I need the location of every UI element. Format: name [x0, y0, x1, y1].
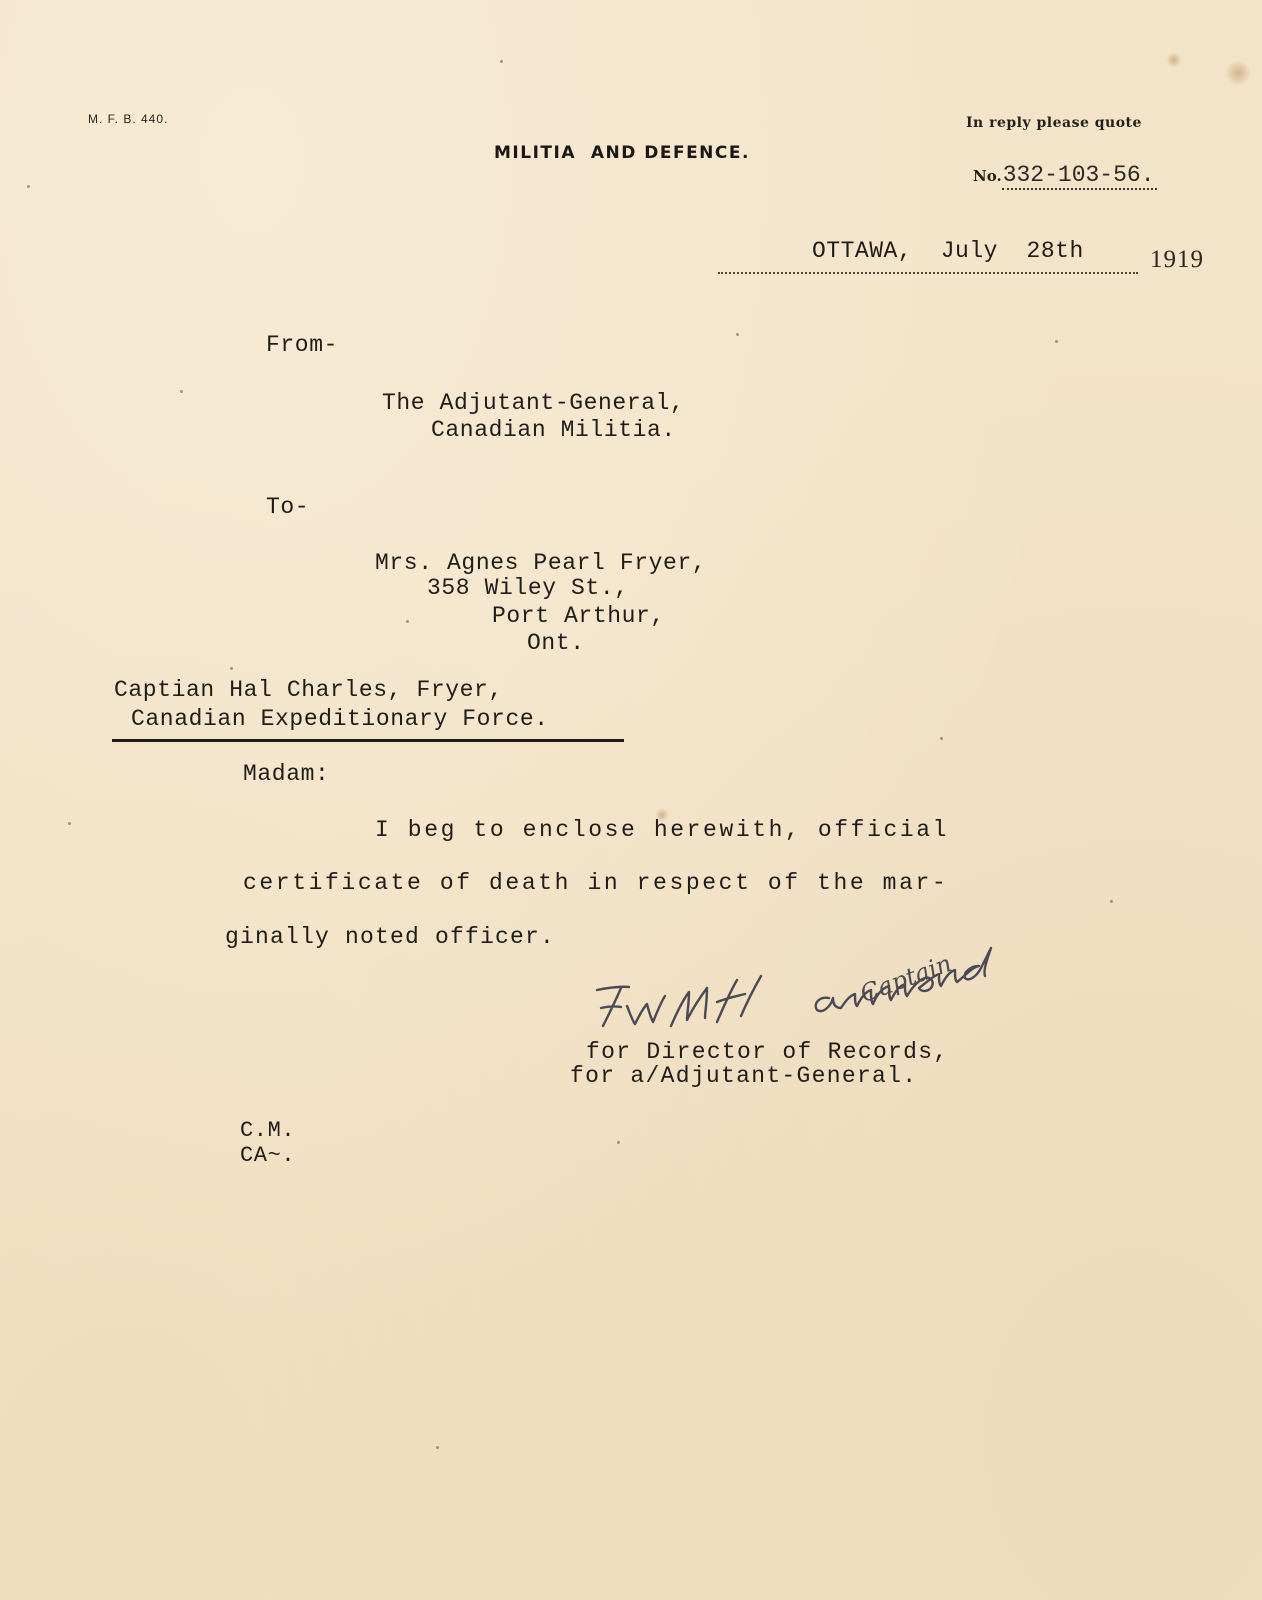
reference-number: 332-103-56.	[1002, 162, 1157, 190]
recipient-line: 358 Wiley St.,	[427, 576, 629, 601]
reply-instruction: In reply please quote	[966, 115, 1142, 131]
sender-line: The Adjutant-General,	[382, 391, 684, 416]
sender-line: Canadian Militia.	[431, 418, 676, 443]
paper-speck	[27, 185, 30, 188]
paper-speck	[230, 667, 233, 670]
to-label: To-	[266, 495, 309, 520]
marginal-note-underline	[112, 739, 624, 742]
body-line: ginally noted officer.	[225, 925, 555, 950]
recipient-line: Ont.	[527, 631, 585, 656]
marginal-note-line: Canadian Expeditionary Force.	[131, 707, 549, 732]
body-line: I beg to enclose herewith, official	[375, 818, 949, 843]
typist-initials: C.M.	[240, 1118, 295, 1143]
date-line: OTTAWA, July 28th	[718, 238, 1138, 274]
recipient-line: Mrs. Agnes Pearl Fryer,	[375, 551, 706, 576]
paper-speck	[500, 60, 503, 63]
paper-speck	[1110, 900, 1113, 903]
salutation: Madam:	[243, 762, 329, 787]
paper-speck	[406, 620, 409, 623]
typist-initials: CA~.	[240, 1143, 295, 1168]
form-code: M. F. B. 440.	[88, 112, 168, 126]
paper-speck	[68, 822, 71, 825]
reference-prefix: No.	[973, 167, 1002, 185]
paper-speck	[940, 737, 943, 740]
paper-stain	[1166, 52, 1182, 68]
paper-speck	[180, 390, 183, 393]
paper-speck	[736, 333, 739, 336]
department-title: MILITIA AND DEFENCE.	[494, 143, 750, 163]
handwritten-signature	[574, 928, 1074, 1028]
paper-speck	[617, 1141, 620, 1144]
date-year: 1919	[1150, 246, 1204, 274]
from-label: From-	[266, 333, 338, 358]
marginal-note-line: Captian Hal Charles, Fryer,	[114, 678, 503, 703]
body-line: certificate of death in respect of the m…	[243, 871, 948, 896]
paper-speck	[1055, 340, 1058, 343]
paper-stain	[1225, 60, 1251, 86]
closing-line: for a/Adjutant-General.	[570, 1064, 917, 1089]
place-and-date: OTTAWA, July 28th	[812, 238, 1084, 264]
recipient-line: Port Arthur,	[492, 604, 665, 629]
signature-icon	[593, 946, 1093, 1046]
reference-line: No. 332-103-56.	[973, 162, 1157, 190]
paper-speck	[436, 1446, 439, 1449]
closing-line: for Director of Records,	[586, 1040, 948, 1065]
